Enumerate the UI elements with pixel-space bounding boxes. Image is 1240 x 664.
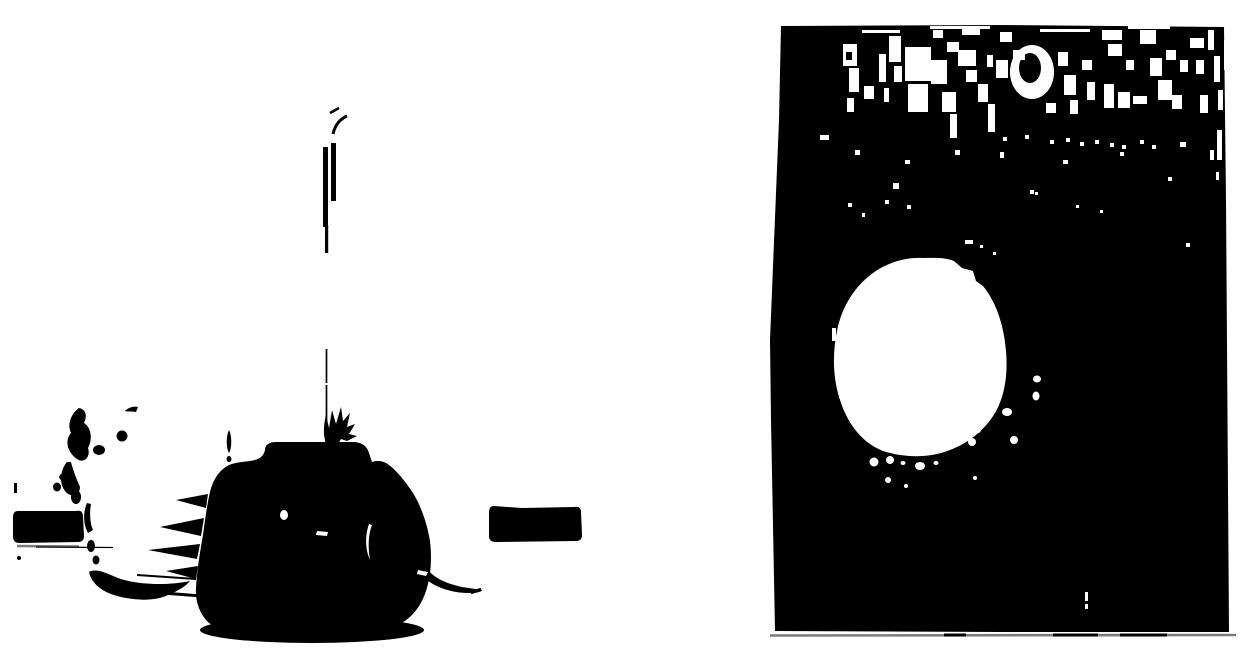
noise-dot — [1050, 140, 1054, 144]
glare-patch — [1140, 30, 1156, 44]
glare-patch — [1172, 95, 1182, 109]
glare-patch — [884, 88, 889, 102]
circle-speck — [870, 458, 879, 467]
needle-stroke-left — [323, 147, 328, 227]
right-photo — [770, 25, 1236, 636]
circle-speck — [1002, 408, 1012, 416]
noise-dot — [1080, 142, 1084, 146]
glare-hairline — [930, 26, 990, 29]
glare-patch — [1013, 50, 1025, 60]
glare-patch — [1190, 38, 1204, 48]
circle-speck — [901, 461, 906, 465]
splash-dot-mid — [93, 445, 105, 455]
glare-patch — [849, 68, 859, 92]
glare-patch — [889, 36, 901, 62]
droplet-spike-a — [176, 494, 208, 508]
circle-speck — [973, 476, 977, 480]
noise-dot — [1180, 142, 1186, 147]
bottom-dash — [1085, 592, 1088, 601]
droplet-tail — [423, 567, 482, 593]
circle-speck — [915, 462, 925, 470]
glare-patch — [1217, 130, 1222, 160]
circle-speck — [934, 461, 939, 465]
splash-crown-dot-b — [59, 474, 65, 480]
glare-patch — [947, 42, 959, 52]
noise-dot — [1063, 160, 1068, 164]
needle-mid — [325, 225, 328, 253]
glare-hole — [977, 40, 987, 72]
blob-highlight-dot — [280, 510, 288, 520]
noise-dot — [907, 205, 911, 209]
glare-patch — [1058, 52, 1068, 66]
noise-dot — [1210, 150, 1214, 160]
glare-patch — [879, 54, 886, 82]
noise-dot — [955, 150, 960, 155]
noise-dot — [893, 183, 899, 189]
needle-stroke-right — [331, 143, 336, 201]
noise-dot — [1186, 243, 1190, 247]
glare-patch — [1208, 30, 1214, 50]
circle-speck — [975, 427, 981, 433]
stray-droplet — [227, 430, 232, 453]
noise-dot — [1100, 210, 1103, 213]
figure — [0, 0, 1240, 664]
splash-crown-streak — [84, 503, 93, 533]
glare-patch — [1000, 32, 1012, 42]
glare-patch — [962, 28, 980, 35]
glare-patch — [1180, 60, 1188, 72]
glare-patch — [1133, 96, 1147, 104]
glare-patch — [931, 60, 947, 84]
noise-dot — [1076, 205, 1079, 208]
noise-dot — [1003, 137, 1007, 141]
glare-hairline — [862, 30, 900, 33]
glare-patch — [942, 92, 956, 112]
stray-droplet-dot — [227, 456, 232, 462]
noise-dot — [1030, 190, 1034, 194]
noise-dot — [905, 160, 910, 164]
splash-dash — [125, 407, 138, 412]
noise-dot — [1152, 145, 1156, 149]
edge-dot — [17, 556, 21, 560]
circle-speck — [886, 456, 894, 464]
noise-dot — [1095, 140, 1099, 144]
droplet-body — [196, 442, 431, 642]
noise-dot — [1035, 192, 1038, 195]
glare-patch — [1118, 92, 1130, 108]
right-rod — [489, 506, 582, 542]
noise-dot — [1120, 152, 1124, 156]
droplet-shadow — [200, 617, 424, 643]
noise-dot — [885, 200, 889, 204]
glare-patch — [1102, 30, 1122, 40]
glare-hairline — [1040, 29, 1090, 32]
glare-patch — [933, 30, 943, 38]
left-photo — [13, 108, 582, 643]
glare-patch — [1070, 100, 1078, 114]
glare-patch — [1214, 56, 1220, 82]
glare-patch — [1046, 103, 1056, 113]
left-rod-underline — [17, 546, 79, 547]
glare-patch — [1087, 82, 1095, 100]
circle-speck — [1033, 392, 1040, 401]
splash-crown-mark-b — [93, 556, 100, 565]
needle-curl — [333, 116, 347, 134]
noise-dot — [848, 203, 852, 207]
noise-dot — [993, 252, 996, 255]
glare-hairline — [1128, 26, 1170, 29]
glare-patch — [1082, 60, 1092, 70]
noise-dot — [980, 245, 983, 248]
glare-patch — [1196, 60, 1204, 74]
splash-crown-mark-a — [87, 540, 95, 552]
glare-patch — [1126, 60, 1134, 70]
glare-patch — [1218, 90, 1223, 110]
noise-dot — [1168, 177, 1172, 181]
glare-patch — [1064, 75, 1076, 95]
glare-patch — [847, 98, 854, 112]
noise-dot — [1066, 138, 1070, 142]
glare-patch — [1104, 84, 1114, 108]
splash-crown-dot-a — [53, 483, 61, 492]
noise-dot — [832, 328, 836, 341]
glare-patch — [978, 84, 988, 102]
glare-patch — [1166, 50, 1176, 60]
edge-tick — [14, 483, 17, 493]
glare-patch — [1150, 58, 1162, 76]
noise-dot — [1110, 143, 1114, 147]
glare-patch — [958, 50, 976, 66]
noise-dot — [965, 240, 973, 244]
noise-dot — [1122, 145, 1126, 149]
noise-dot — [820, 135, 829, 140]
viewport-circle — [834, 258, 1007, 456]
circle-speck — [1010, 436, 1018, 444]
noise-dot — [862, 213, 865, 217]
splash-dot-large — [117, 431, 128, 442]
noise-dot — [1140, 140, 1144, 144]
glare-patch — [905, 47, 931, 81]
circle-speck — [885, 477, 891, 483]
glare-patch — [950, 114, 957, 138]
glare-patch — [996, 60, 1008, 78]
glare-patch — [1108, 44, 1122, 56]
bottom-dash — [1085, 604, 1088, 609]
droplet-spike-c — [148, 544, 200, 559]
noise-dot — [855, 150, 860, 155]
glare-patch — [894, 66, 902, 82]
circle-speck — [968, 438, 976, 446]
splash-crown-lobe — [71, 490, 81, 504]
left-rod-underline-ext — [36, 547, 113, 548]
glare-patch — [1158, 80, 1172, 100]
glare-patch — [908, 84, 928, 112]
noise-dot — [1216, 172, 1219, 180]
glare-patch — [1200, 95, 1208, 113]
glare-patch — [1224, 40, 1228, 70]
left-rod — [13, 511, 84, 543]
glare-patch — [988, 104, 995, 132]
splash-crown-arc-top — [67, 408, 90, 461]
needle-tip-dash — [330, 108, 339, 113]
glare-hole — [846, 52, 852, 60]
noise-dot — [1025, 135, 1029, 139]
circle-speck — [1033, 376, 1041, 383]
figure-canvas — [0, 0, 1240, 664]
droplet-spike-b — [160, 518, 204, 536]
noise-dot — [1000, 152, 1004, 158]
glare-patch — [864, 86, 874, 99]
glare-hole — [954, 70, 966, 86]
circle-speck — [904, 484, 908, 488]
